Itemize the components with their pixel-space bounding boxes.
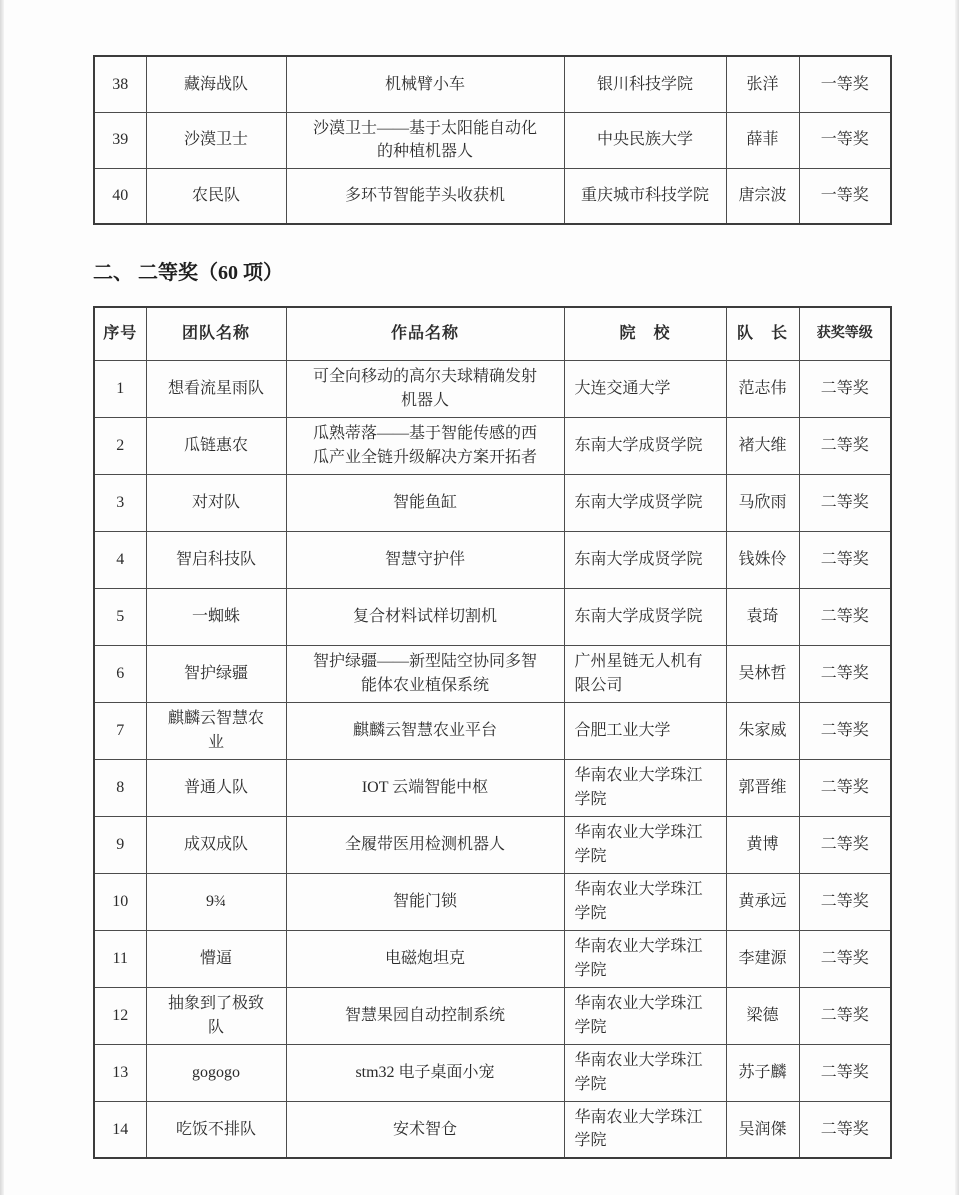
cell-team-name: 智启科技队: [146, 531, 286, 588]
cell-serial-number: 9: [94, 816, 146, 873]
cell-captain: 黄承远: [726, 873, 799, 930]
second-prize-table: 序号 团队名称 作品名称 院 校 队 长 获奖等级 1 想看流星雨队 可全向移动…: [93, 306, 892, 1159]
table-row: 2 瓜链惠农 瓜熟蒂落——基于智能传感的西瓜产业全链升级解决方案开拓者 东南大学…: [94, 417, 891, 474]
cell-serial-number: 14: [94, 1101, 146, 1158]
cell-school: 中央民族大学: [564, 112, 726, 168]
cell-team-name: 成双成队: [146, 816, 286, 873]
cell-captain: 李建源: [726, 930, 799, 987]
table-row: 11 懵逼 电磁炮坦克 华南农业大学珠江学院 李建源 二等奖: [94, 930, 891, 987]
cell-serial-number: 7: [94, 702, 146, 759]
cell-serial-number: 4: [94, 531, 146, 588]
cell-award-level: 二等奖: [799, 360, 891, 417]
cell-award-level: 二等奖: [799, 702, 891, 759]
col-header-captain: 队 长: [726, 307, 799, 360]
cell-school: 华南农业大学珠江学院: [564, 987, 726, 1044]
table-row: 7 麒麟云智慧农业 麒麟云智慧农业平台 合肥工业大学 朱家威 二等奖: [94, 702, 891, 759]
cell-serial-number: 2: [94, 417, 146, 474]
cell-captain: 唐宗波: [726, 168, 799, 224]
second-prize-table-body: 1 想看流星雨队 可全向移动的高尔夫球精确发射机器人 大连交通大学 范志伟 二等…: [94, 360, 891, 1158]
cell-award-level: 一等奖: [799, 112, 891, 168]
cell-award-level: 一等奖: [799, 56, 891, 112]
cell-work-name: 麒麟云智慧农业平台: [286, 702, 564, 759]
cell-captain: 褚大维: [726, 417, 799, 474]
cell-school: 东南大学成贤学院: [564, 474, 726, 531]
cell-team-name: 想看流星雨队: [146, 360, 286, 417]
table-row: 40 农民队 多环节智能芋头收获机 重庆城市科技学院 唐宗波 一等奖: [94, 168, 891, 224]
cell-serial-number: 39: [94, 112, 146, 168]
cell-award-level: 二等奖: [799, 1101, 891, 1158]
cell-captain: 梁德: [726, 987, 799, 1044]
cell-award-level: 二等奖: [799, 816, 891, 873]
cell-serial-number: 5: [94, 588, 146, 645]
table-row: 4 智启科技队 智慧守护伴 东南大学成贤学院 钱姝伶 二等奖: [94, 531, 891, 588]
cell-team-name: 一蜘蛛: [146, 588, 286, 645]
table-row: 1 想看流星雨队 可全向移动的高尔夫球精确发射机器人 大连交通大学 范志伟 二等…: [94, 360, 891, 417]
first-prize-table-body: 38 藏海战队 机械臂小车 银川科技学院 张洋 一等奖 39 沙漠卫士 沙漠卫士…: [94, 56, 891, 224]
table-header-row: 序号 团队名称 作品名称 院 校 队 长 获奖等级: [94, 307, 891, 360]
cell-school: 华南农业大学珠江学院: [564, 816, 726, 873]
cell-team-name: 麒麟云智慧农业: [146, 702, 286, 759]
cell-team-name: 9¾: [146, 873, 286, 930]
cell-captain: 黄博: [726, 816, 799, 873]
cell-serial-number: 3: [94, 474, 146, 531]
cell-captain: 钱姝伶: [726, 531, 799, 588]
cell-work-name: 机械臂小车: [286, 56, 564, 112]
cell-team-name: 懵逼: [146, 930, 286, 987]
col-header-work-name: 作品名称: [286, 307, 564, 360]
cell-captain: 吴林哲: [726, 645, 799, 702]
table-row: 39 沙漠卫士 沙漠卫士——基于太阳能自动化的种植机器人 中央民族大学 薛菲 一…: [94, 112, 891, 168]
table-row: 10 9¾ 智能门锁 华南农业大学珠江学院 黄承远 二等奖: [94, 873, 891, 930]
cell-work-name: stm32 电子桌面小宠: [286, 1044, 564, 1101]
cell-serial-number: 13: [94, 1044, 146, 1101]
table-row: 6 智护绿疆 智护绿疆——新型陆空协同多智能体农业植保系统 广州星链无人机有限公…: [94, 645, 891, 702]
cell-school: 重庆城市科技学院: [564, 168, 726, 224]
cell-school: 东南大学成贤学院: [564, 417, 726, 474]
cell-school: 东南大学成贤学院: [564, 531, 726, 588]
cell-team-name: 普通人队: [146, 759, 286, 816]
page-edge-right: [955, 0, 959, 1195]
cell-team-name: 瓜链惠农: [146, 417, 286, 474]
cell-school: 银川科技学院: [564, 56, 726, 112]
cell-team-name: 对对队: [146, 474, 286, 531]
cell-work-name: 安术智仓: [286, 1101, 564, 1158]
col-header-team-name: 团队名称: [146, 307, 286, 360]
cell-captain: 郭晋维: [726, 759, 799, 816]
table-row: 5 一蜘蛛 复合材料试样切割机 东南大学成贤学院 袁琦 二等奖: [94, 588, 891, 645]
cell-award-level: 二等奖: [799, 417, 891, 474]
cell-captain: 范志伟: [726, 360, 799, 417]
col-header-school: 院 校: [564, 307, 726, 360]
cell-serial-number: 10: [94, 873, 146, 930]
page-edge-left: [0, 0, 4, 1195]
cell-award-level: 二等奖: [799, 531, 891, 588]
cell-serial-number: 12: [94, 987, 146, 1044]
table-row: 3 对对队 智能鱼缸 东南大学成贤学院 马欣雨 二等奖: [94, 474, 891, 531]
cell-team-name: 抽象到了极致队: [146, 987, 286, 1044]
table-row: 14 吃饭不排队 安术智仓 华南农业大学珠江学院 吴润傑 二等奖: [94, 1101, 891, 1158]
table-row: 38 藏海战队 机械臂小车 银川科技学院 张洋 一等奖: [94, 56, 891, 112]
first-prize-table: 38 藏海战队 机械臂小车 银川科技学院 张洋 一等奖 39 沙漠卫士 沙漠卫士…: [93, 55, 892, 225]
cell-school: 华南农业大学珠江学院: [564, 1044, 726, 1101]
cell-award-level: 二等奖: [799, 645, 891, 702]
cell-award-level: 二等奖: [799, 474, 891, 531]
cell-work-name: 瓜熟蒂落——基于智能传感的西瓜产业全链升级解决方案开拓者: [286, 417, 564, 474]
cell-captain: 张洋: [726, 56, 799, 112]
cell-team-name: 沙漠卫士: [146, 112, 286, 168]
page-content: 38 藏海战队 机械臂小车 银川科技学院 张洋 一等奖 39 沙漠卫士 沙漠卫士…: [93, 55, 890, 1159]
cell-team-name: gogogo: [146, 1044, 286, 1101]
cell-award-level: 二等奖: [799, 759, 891, 816]
cell-work-name: 沙漠卫士——基于太阳能自动化的种植机器人: [286, 112, 564, 168]
cell-captain: 袁琦: [726, 588, 799, 645]
cell-school: 华南农业大学珠江学院: [564, 1101, 726, 1158]
cell-school: 合肥工业大学: [564, 702, 726, 759]
cell-serial-number: 38: [94, 56, 146, 112]
cell-award-level: 二等奖: [799, 930, 891, 987]
cell-school: 华南农业大学珠江学院: [564, 873, 726, 930]
col-header-serial-number: 序号: [94, 307, 146, 360]
cell-work-name: 智慧守护伴: [286, 531, 564, 588]
cell-team-name: 农民队: [146, 168, 286, 224]
cell-award-level: 一等奖: [799, 168, 891, 224]
cell-work-name: 智能鱼缸: [286, 474, 564, 531]
cell-school: 东南大学成贤学院: [564, 588, 726, 645]
cell-work-name: 可全向移动的高尔夫球精确发射机器人: [286, 360, 564, 417]
cell-serial-number: 40: [94, 168, 146, 224]
cell-award-level: 二等奖: [799, 987, 891, 1044]
cell-team-name: 藏海战队: [146, 56, 286, 112]
cell-serial-number: 11: [94, 930, 146, 987]
cell-captain: 吴润傑: [726, 1101, 799, 1158]
cell-award-level: 二等奖: [799, 873, 891, 930]
cell-work-name: 复合材料试样切割机: [286, 588, 564, 645]
document-page: 38 藏海战队 机械臂小车 银川科技学院 张洋 一等奖 39 沙漠卫士 沙漠卫士…: [0, 0, 959, 1195]
cell-work-name: 智护绿疆——新型陆空协同多智能体农业植保系统: [286, 645, 564, 702]
cell-captain: 朱家威: [726, 702, 799, 759]
cell-serial-number: 1: [94, 360, 146, 417]
cell-work-name: 智能门锁: [286, 873, 564, 930]
cell-team-name: 吃饭不排队: [146, 1101, 286, 1158]
table-row: 9 成双成队 全履带医用检测机器人 华南农业大学珠江学院 黄博 二等奖: [94, 816, 891, 873]
cell-serial-number: 8: [94, 759, 146, 816]
table-row: 13 gogogo stm32 电子桌面小宠 华南农业大学珠江学院 苏子麟 二等…: [94, 1044, 891, 1101]
cell-work-name: 电磁炮坦克: [286, 930, 564, 987]
cell-work-name: 全履带医用检测机器人: [286, 816, 564, 873]
table-row: 8 普通人队 IOT 云端智能中枢 华南农业大学珠江学院 郭晋维 二等奖: [94, 759, 891, 816]
cell-school: 华南农业大学珠江学院: [564, 930, 726, 987]
cell-captain: 薛菲: [726, 112, 799, 168]
table-row: 12 抽象到了极致队 智慧果园自动控制系统 华南农业大学珠江学院 梁德 二等奖: [94, 987, 891, 1044]
section-heading: 二、 二等奖（60 项）: [93, 259, 890, 287]
cell-captain: 苏子麟: [726, 1044, 799, 1101]
cell-team-name: 智护绿疆: [146, 645, 286, 702]
cell-work-name: 智慧果园自动控制系统: [286, 987, 564, 1044]
cell-captain: 马欣雨: [726, 474, 799, 531]
cell-work-name: IOT 云端智能中枢: [286, 759, 564, 816]
cell-award-level: 二等奖: [799, 1044, 891, 1101]
cell-school: 广州星链无人机有限公司: [564, 645, 726, 702]
cell-school: 大连交通大学: [564, 360, 726, 417]
col-header-award-level: 获奖等级: [799, 307, 891, 360]
cell-work-name: 多环节智能芋头收获机: [286, 168, 564, 224]
cell-school: 华南农业大学珠江学院: [564, 759, 726, 816]
cell-award-level: 二等奖: [799, 588, 891, 645]
cell-serial-number: 6: [94, 645, 146, 702]
